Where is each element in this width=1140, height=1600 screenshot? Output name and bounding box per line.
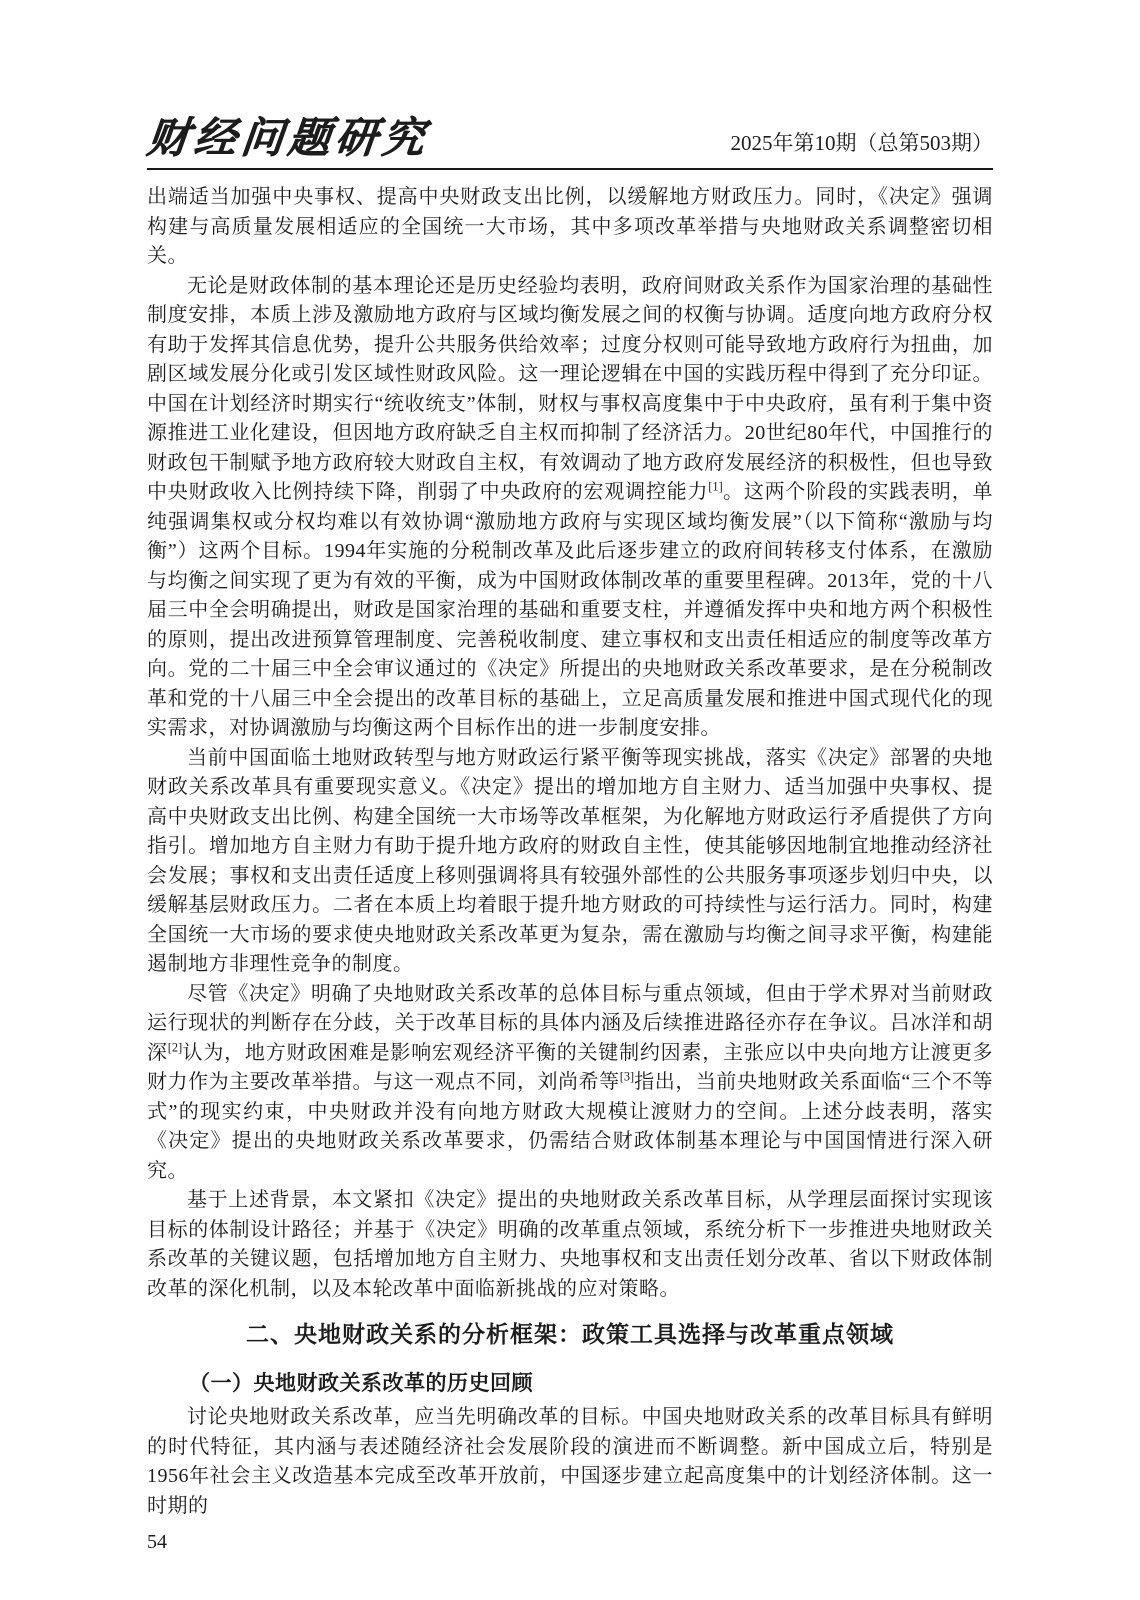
issue-info: 2025年第10期（总第503期）: [731, 131, 994, 160]
paragraphs-before: 出端适当加强中央事权、提高中央财政支出比例，以缓解地方财政压力。同时，《决定》强…: [147, 183, 993, 1304]
citation-ref: [1]: [708, 479, 722, 493]
paragraphs-after: 讨论央地财政关系改革，应当先明确改革的目标。中国央地财政关系的改革目标具有鲜明的…: [147, 1403, 993, 1521]
page-number: 54: [147, 1531, 993, 1554]
paragraph: 基于上述背景，本文紧扣《决定》提出的央地财政关系改革目标，从学理层面探讨实现该目…: [147, 1186, 993, 1304]
subsection-heading: （一）央地财政关系改革的历史回顾: [147, 1368, 993, 1400]
article-body: 出端适当加强中央事权、提高中央财政支出比例，以缓解地方财政压力。同时，《决定》强…: [147, 183, 993, 1521]
journal-logo: 财经问题研究: [145, 118, 431, 160]
section-heading: 二、央地财政关系的分析框架：政策工具选择与改革重点领域: [147, 1320, 993, 1350]
citation-ref: [2]: [168, 1040, 182, 1054]
paragraph: 当前中国面临土地财政转型与地方财政运行紧平衡等现实挑战，落实《决定》部署的央地财…: [147, 744, 993, 980]
paragraph: 尽管《决定》明确了央地财政关系改革的总体目标与重点领域，但由于学术界对当前财政运…: [147, 980, 993, 1187]
citation-ref: [3]: [620, 1069, 634, 1083]
journal-page: 财经问题研究 2025年第10期（总第503期） 出端适当加强中央事权、提高中央…: [0, 0, 1140, 1600]
masthead: 财经问题研究 2025年第10期（总第503期）: [147, 118, 993, 170]
page-content: 财经问题研究 2025年第10期（总第503期） 出端适当加强中央事权、提高中央…: [0, 0, 1140, 1554]
paragraph: 讨论央地财政关系改革，应当先明确改革的目标。中国央地财政关系的改革目标具有鲜明的…: [147, 1403, 993, 1521]
paragraph: 无论是财政体制的基本理论还是历史经验均表明，政府间财政关系作为国家治理的基础性制…: [147, 272, 993, 744]
paragraph: 出端适当加强中央事权、提高中央财政支出比例，以缓解地方财政压力。同时，《决定》强…: [147, 183, 993, 272]
